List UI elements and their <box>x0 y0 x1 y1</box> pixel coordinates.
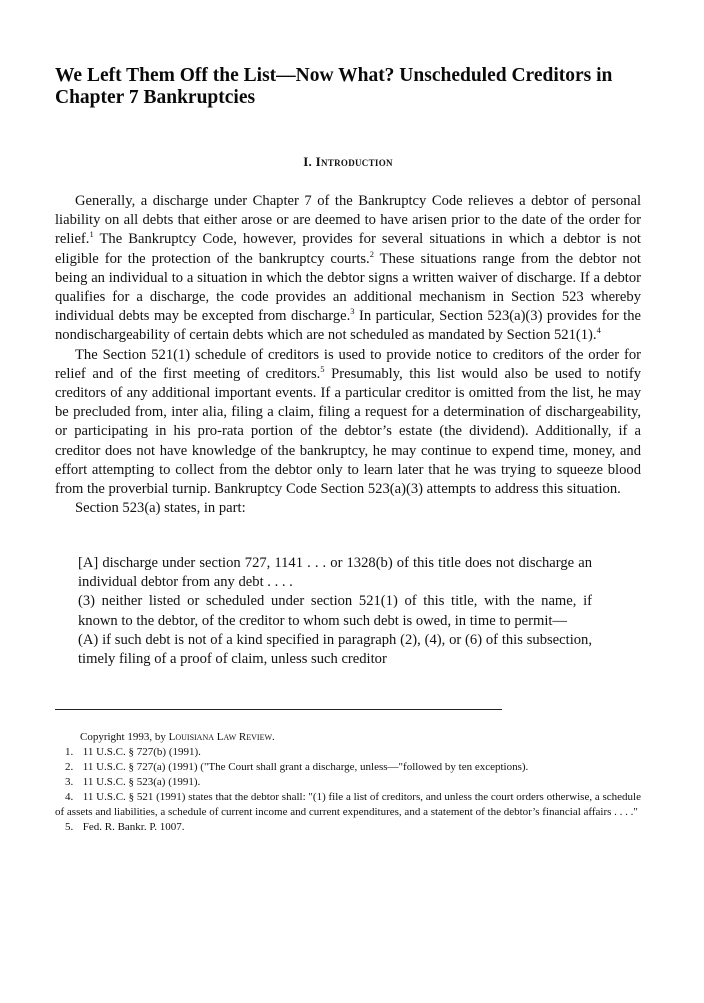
paragraph-introduction: Generally, a discharge under Chapter 7 o… <box>55 192 641 346</box>
copyright-prefix: Copyright 1993, by <box>80 731 169 743</box>
footnote-number: 2. <box>65 760 80 775</box>
copyright-suffix: . <box>272 731 275 743</box>
article-title: We Left Them Off the List—Now What? Unsc… <box>55 65 615 109</box>
footnote-ref[interactable]: 4 <box>597 325 601 335</box>
paragraph-schedule-of-creditors: The Section 521(1) schedule of creditors… <box>55 346 641 500</box>
publication-name: Louisiana Law Review <box>169 731 272 743</box>
text-segment: Presumably, this list would also be used… <box>55 366 641 497</box>
footnote-number: 5. <box>65 820 80 835</box>
blockquote-line: (3) neither listed or scheduled under se… <box>78 592 592 630</box>
footnote-text: 11 U.S.C. § 727(b) (1991). <box>83 746 201 758</box>
footnotes: Copyright 1993, by Louisiana Law Review.… <box>55 730 641 835</box>
footnote-5: 5. Fed. R. Bankr. P. 1007. <box>55 820 641 835</box>
statute-blockquote: [A] discharge under section 727, 1141 . … <box>78 554 592 669</box>
blockquote-line: [A] discharge under section 727, 1141 . … <box>78 554 592 592</box>
footnote-number: 4. <box>65 790 80 805</box>
footnote-number: 3. <box>65 775 80 790</box>
copyright-notice: Copyright 1993, by Louisiana Law Review. <box>55 730 641 745</box>
blockquote-line: (A) if such debt is not of a kind specif… <box>78 631 592 669</box>
footnote-divider <box>55 709 502 710</box>
section-heading: I. Introduction <box>55 154 641 170</box>
footnote-text: 11 U.S.C. § 727(a) (1991) ("The Court sh… <box>83 761 529 773</box>
footnote-2: 2. 11 U.S.C. § 727(a) (1991) ("The Court… <box>55 760 641 775</box>
text-segment: Section 523(a) states, in part: <box>75 500 246 516</box>
footnote-text: Fed. R. Bankr. P. 1007. <box>83 821 185 833</box>
paragraph-quote-intro: Section 523(a) states, in part: <box>55 499 641 518</box>
footnote-4: 4. 11 U.S.C. § 521 (1991) states that th… <box>55 790 641 820</box>
footnote-number: 1. <box>65 745 80 760</box>
footnote-text: 11 U.S.C. § 523(a) (1991). <box>83 776 201 788</box>
body-text: Generally, a discharge under Chapter 7 o… <box>55 192 641 518</box>
footnote-1: 1. 11 U.S.C. § 727(b) (1991). <box>55 745 641 760</box>
footnote-text: 11 U.S.C. § 521 (1991) states that the d… <box>55 791 641 818</box>
footnote-3: 3. 11 U.S.C. § 523(a) (1991). <box>55 775 641 790</box>
